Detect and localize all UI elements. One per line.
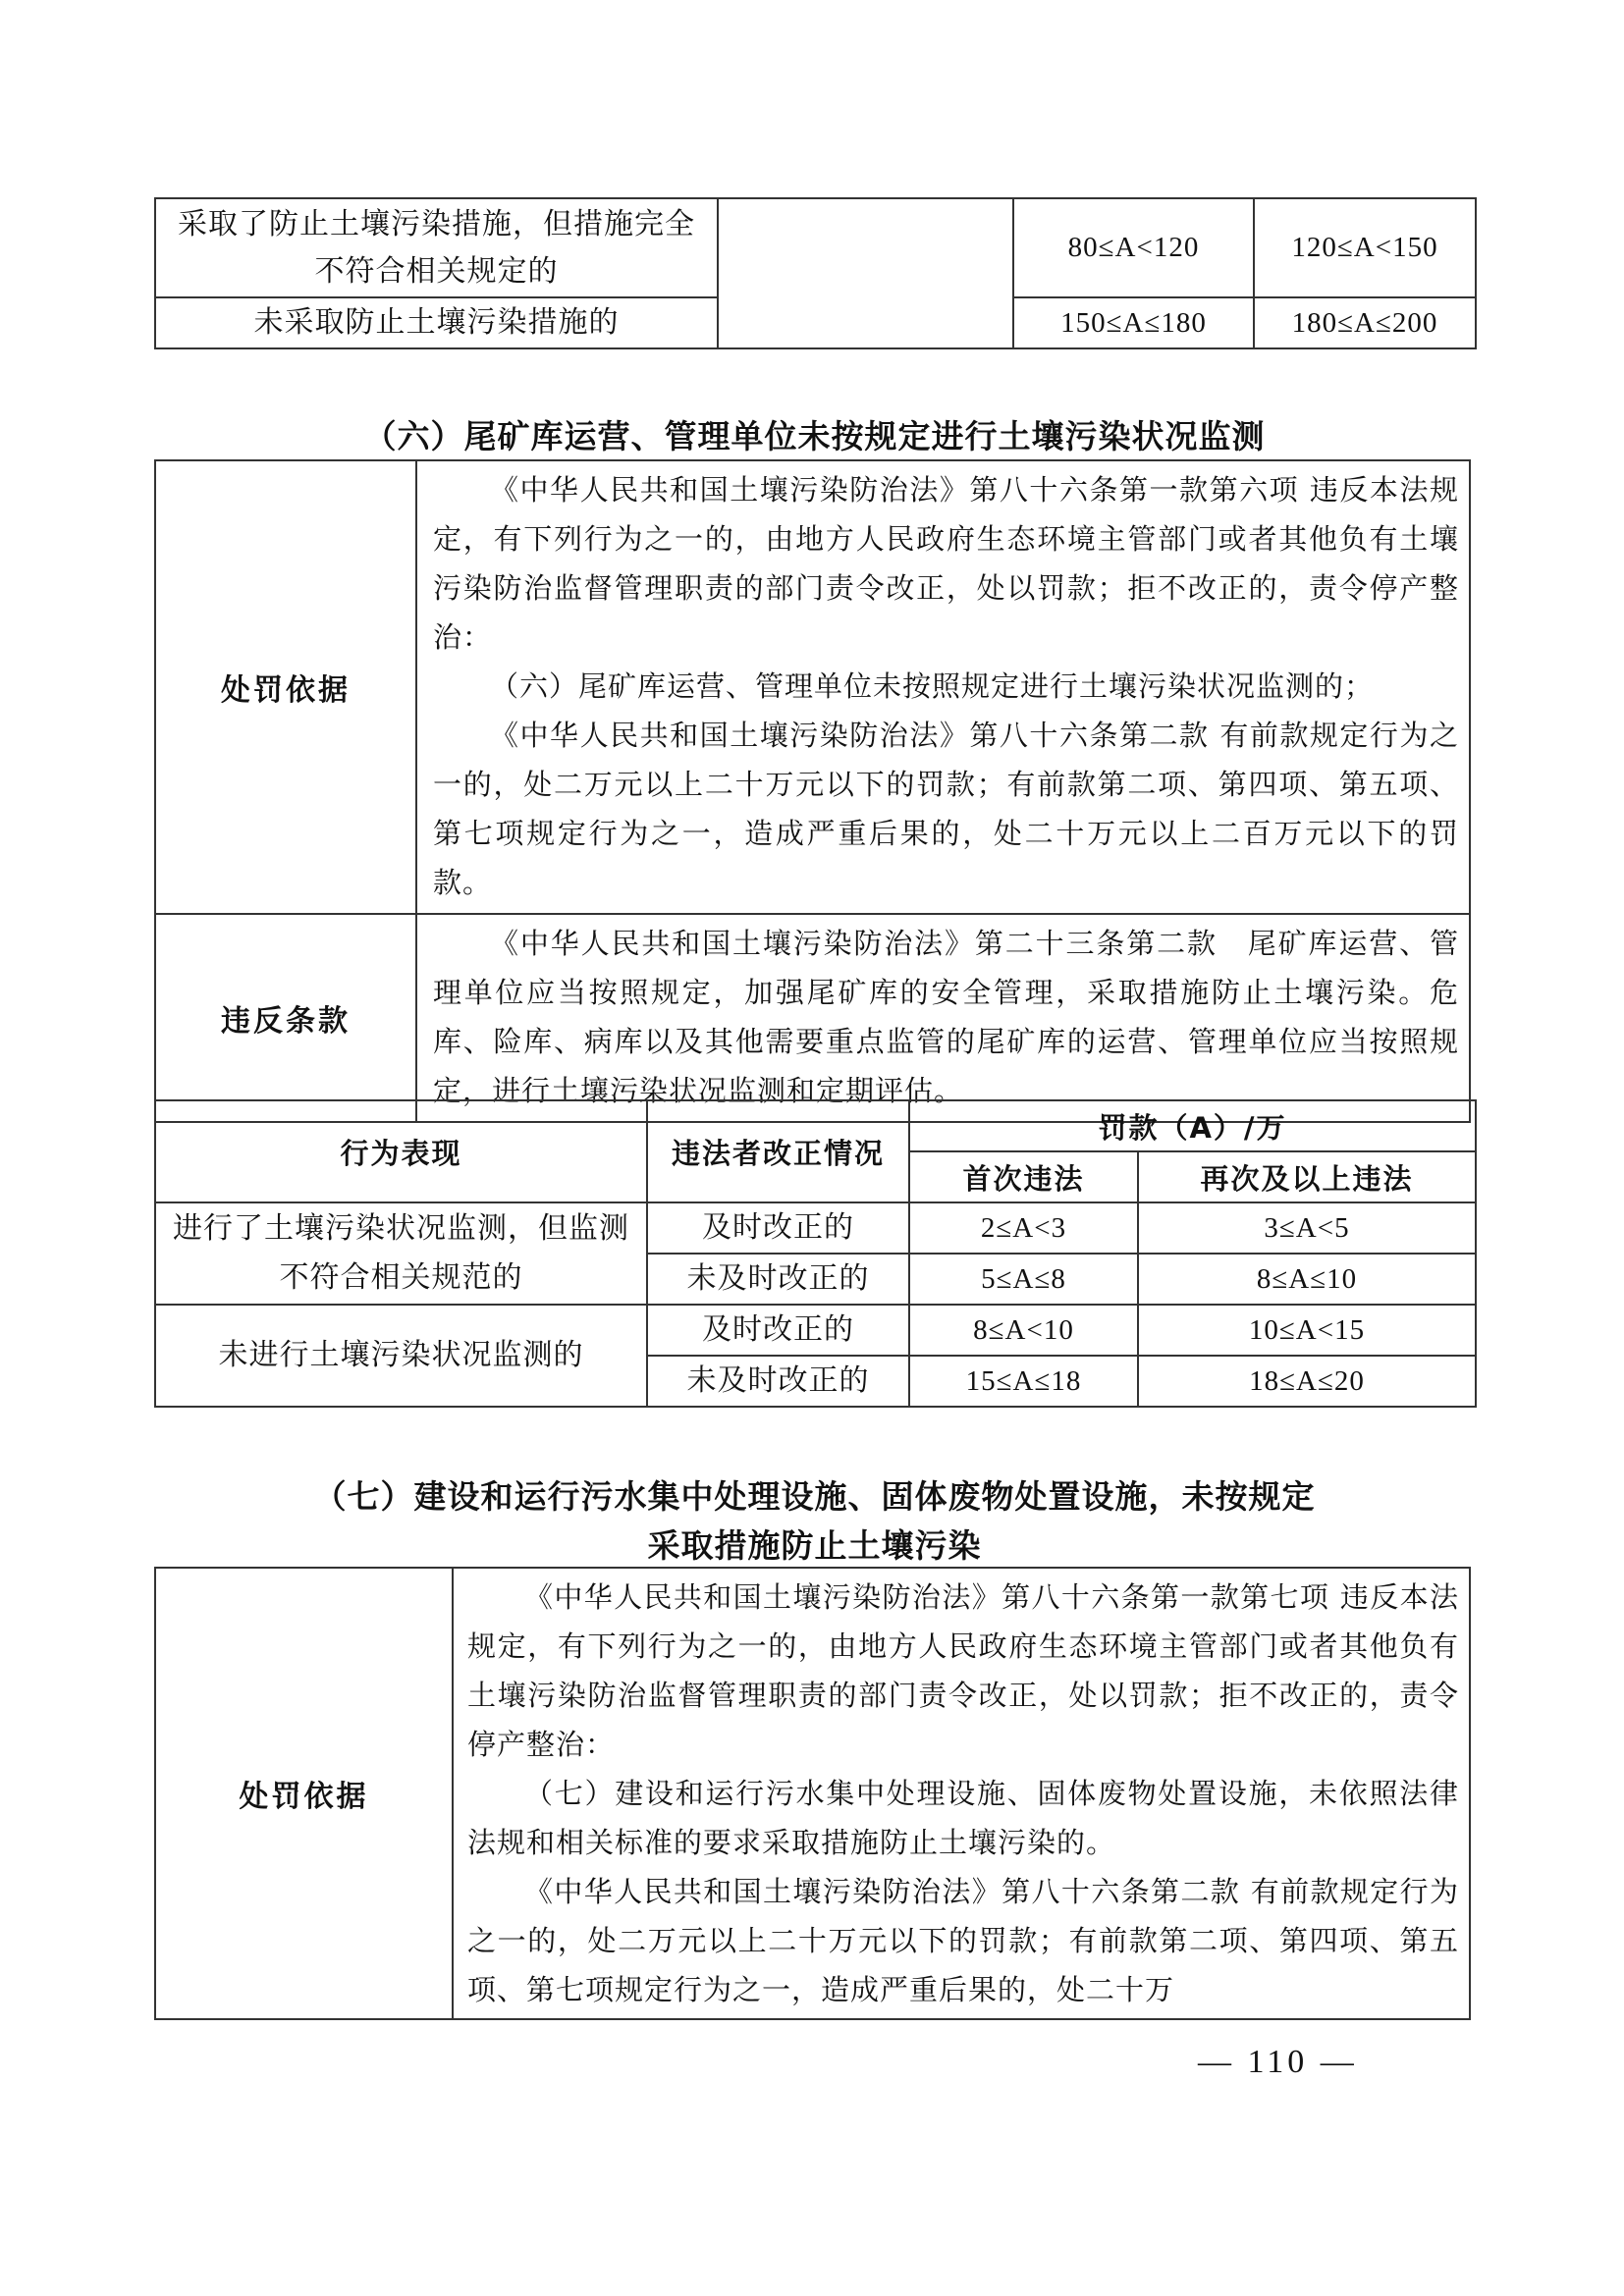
header-behavior: 行为表现 bbox=[155, 1100, 647, 1202]
violation-label: 违反条款 bbox=[155, 914, 416, 1122]
first-violation-fine: 8≤A<10 bbox=[909, 1305, 1138, 1356]
basis-paragraph: （七）建设和运行污水集中处理设施、固体废物处置设施，未依照法律法规和相关标准的要… bbox=[467, 1769, 1459, 1867]
first-violation-fine: 80≤A<120 bbox=[1013, 198, 1254, 297]
basis-paragraph: 《中华人民共和国土壤污染防治法》第八十六条第二款 有前款规定行为之一的，处二万元… bbox=[433, 711, 1459, 907]
section-6-heading: （六）尾矿库运营、管理单位未按规定进行土壤污染状况监测 bbox=[154, 412, 1475, 461]
repeat-violation-fine: 120≤A<150 bbox=[1254, 198, 1476, 297]
basis-content: 《中华人民共和国土壤污染防治法》第八十六条第一款第七项 违反本法规定，有下列行为… bbox=[453, 1568, 1470, 2019]
header-fine-amount: 罚款（A）/万 bbox=[909, 1100, 1476, 1151]
page-number: — 110 — bbox=[1198, 2044, 1358, 2081]
basis-label: 处罚依据 bbox=[155, 1568, 453, 2019]
repeat-violation-fine: 18≤A≤20 bbox=[1138, 1356, 1476, 1407]
header-correction: 违法者改正情况 bbox=[647, 1100, 909, 1202]
behavior-cell: 未采取防止土壤污染措施的 bbox=[155, 297, 718, 348]
correction-cell: 未及时改正的 bbox=[647, 1356, 909, 1407]
first-violation-fine: 15≤A≤18 bbox=[909, 1356, 1138, 1407]
basis-content: 《中华人民共和国土壤污染防治法》第八十六条第一款第六项 违反本法规定，有下列行为… bbox=[416, 460, 1470, 914]
basis-paragraph: （六）尾矿库运营、管理单位未按照规定进行土壤污染状况监测的； bbox=[433, 662, 1459, 711]
section-6-fine-table: 行为表现 违法者改正情况 罚款（A）/万 首次违法 再次及以上违法 进行了土壤污… bbox=[154, 1099, 1477, 1408]
basis-label: 处罚依据 bbox=[155, 460, 416, 914]
basis-paragraph: 《中华人民共和国土壤污染防治法》第八十六条第一款第七项 违反本法规定，有下列行为… bbox=[467, 1573, 1459, 1769]
first-violation-fine: 5≤A≤8 bbox=[909, 1254, 1138, 1305]
basis-paragraph: 《中华人民共和国土壤污染防治法》第八十六条第一款第六项 违反本法规定，有下列行为… bbox=[433, 465, 1459, 662]
first-violation-fine: 2≤A<3 bbox=[909, 1202, 1138, 1254]
basis-paragraph: 《中华人民共和国土壤污染防治法》第八十六条第二款 有前款规定行为之一的，处二万元… bbox=[467, 1867, 1459, 2014]
first-violation-fine: 150≤A≤180 bbox=[1013, 297, 1254, 348]
header-first-violation: 首次违法 bbox=[909, 1151, 1138, 1202]
behavior-cell: 进行了土壤污染状况监测，但监测不符合相关规范的 bbox=[155, 1202, 647, 1305]
repeat-violation-fine: 3≤A<5 bbox=[1138, 1202, 1476, 1254]
violation-paragraph: 《中华人民共和国土壤污染防治法》第二十三条第二款 尾矿库运营、管理单位应当按照规… bbox=[433, 919, 1459, 1115]
repeat-violation-fine: 8≤A≤10 bbox=[1138, 1254, 1476, 1305]
header-repeat-violation: 再次及以上违法 bbox=[1138, 1151, 1476, 1202]
behavior-cell: 采取了防止土壤污染措施，但措施完全不符合相关规定的 bbox=[155, 198, 718, 297]
top-fine-table: 采取了防止土壤污染措施，但措施完全不符合相关规定的 80≤A<120 120≤A… bbox=[154, 197, 1477, 349]
correction-cell: 未及时改正的 bbox=[647, 1254, 909, 1305]
section-6-basis-table: 处罚依据 《中华人民共和国土壤污染防治法》第八十六条第一款第六项 违反本法规定，… bbox=[154, 459, 1471, 1123]
correction-cell: 及时改正的 bbox=[647, 1305, 909, 1356]
section-7-heading: （七）建设和运行污水集中处理设施、固体废物处置设施，未按规定 采取措施防止土壤污… bbox=[154, 1472, 1475, 1571]
section-7-basis-table: 处罚依据 《中华人民共和国土壤污染防治法》第八十六条第一款第七项 违反本法规定，… bbox=[154, 1567, 1471, 2020]
behavior-cell: 未进行土壤污染状况监测的 bbox=[155, 1305, 647, 1407]
repeat-violation-fine: 180≤A≤200 bbox=[1254, 297, 1476, 348]
section-7-heading-line2: 采取措施防止土壤污染 bbox=[154, 1522, 1475, 1571]
violation-content: 《中华人民共和国土壤污染防治法》第二十三条第二款 尾矿库运营、管理单位应当按照规… bbox=[416, 914, 1470, 1122]
correction-cell-blank bbox=[718, 198, 1013, 348]
repeat-violation-fine: 10≤A<15 bbox=[1138, 1305, 1476, 1356]
section-7-heading-line1: （七）建设和运行污水集中处理设施、固体废物处置设施，未按规定 bbox=[154, 1472, 1475, 1522]
correction-cell: 及时改正的 bbox=[647, 1202, 909, 1254]
